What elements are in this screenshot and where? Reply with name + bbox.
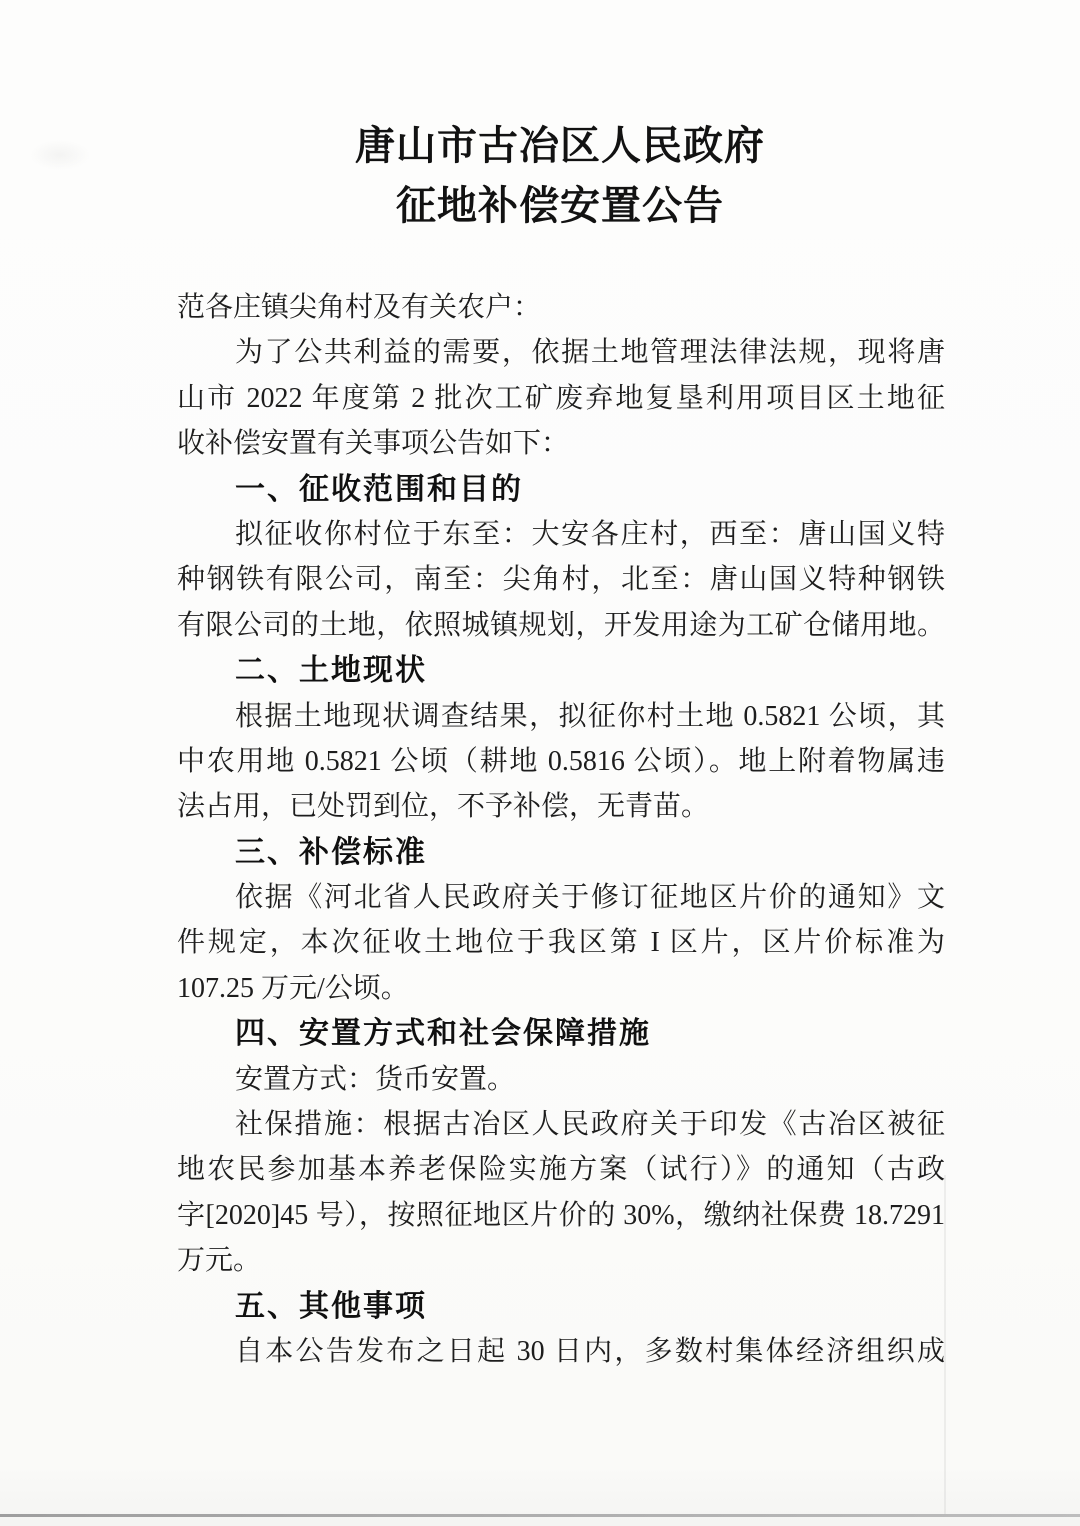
section-4-heading: 四、安置方式和社会保障措施: [177, 1011, 945, 1056]
document-title-line-2: 征地补偿安置公告: [177, 176, 943, 236]
section-2-line: 法占用，已处罚到位，不予补偿，无青苗。: [177, 784, 945, 829]
section-3-line: 依据《河北省人民政府关于修订征地区片价的通知》文: [177, 875, 945, 920]
section-5-line: 自本公告发布之日起 30 日内，多数村集体经济组织成: [177, 1329, 945, 1374]
section-5-heading: 五、其他事项: [177, 1284, 945, 1329]
section-3-line: 件规定，本次征收土地位于我区第 I 区片，区片价标准为: [177, 920, 945, 965]
section-3-line: 107.25 万元/公顷。: [177, 966, 945, 1011]
intro-line: 为了公共利益的需要，依据土地管理法律法规，现将唐: [177, 330, 945, 375]
section-1-line: 拟征收你村位于东至：大安各庄村，西至：唐山国义特: [177, 512, 945, 557]
scan-page-edge-line: [0, 1514, 1080, 1517]
document-body: 范各庄镇尖角村及有关农户： 为了公共利益的需要，依据土地管理法律法规，现将唐 山…: [177, 285, 945, 1374]
section-4-line: 社保措施：根据古冶区人民政府关于印发《古冶区被征: [177, 1102, 945, 1147]
scan-smudge-artifact: [30, 140, 90, 170]
section-2-line: 根据土地现状调查结果，拟征你村土地 0.5821 公顷，其: [177, 694, 945, 739]
section-4-line: 万元。: [177, 1238, 945, 1283]
document-title-line-1: 唐山市古冶区人民政府: [177, 116, 943, 176]
document-title-block: 唐山市古冶区人民政府 征地补偿安置公告: [177, 116, 943, 236]
section-4-line: 地农民参加基本养老保险实施方案（试行）》的通知（古政: [177, 1147, 945, 1192]
intro-line: 山市 2022 年度第 2 批次工矿废弃地复垦利用项目区土地征: [177, 376, 945, 421]
section-1-heading: 一、征收范围和目的: [177, 467, 945, 512]
intro-line: 收补偿安置有关事项公告如下：: [177, 421, 945, 466]
salutation-line: 范各庄镇尖角村及有关农户：: [177, 285, 945, 330]
section-1-line: 种钢铁有限公司，南至：尖角村，北至：唐山国义特种钢铁: [177, 557, 945, 602]
section-3-heading: 三、补偿标准: [177, 830, 945, 875]
section-2-line: 中农用地 0.5821 公顷（耕地 0.5816 公顷）。地上附着物属违: [177, 739, 945, 784]
section-4-line: 安置方式：货币安置。: [177, 1057, 945, 1102]
announcement-document-page: 唐山市古冶区人民政府 征地补偿安置公告 范各庄镇尖角村及有关农户： 为了公共利益…: [0, 0, 1080, 1526]
section-1-line: 有限公司的土地，依照城镇规划，开发用途为工矿仓储用地。: [177, 603, 945, 648]
section-4-line: 字[2020]45 号），按照征地区片价的 30%，缴纳社保费 18.7291: [177, 1193, 945, 1238]
section-2-heading: 二、土地现状: [177, 648, 945, 693]
scan-vertical-artifact-line: [944, 1175, 946, 1515]
